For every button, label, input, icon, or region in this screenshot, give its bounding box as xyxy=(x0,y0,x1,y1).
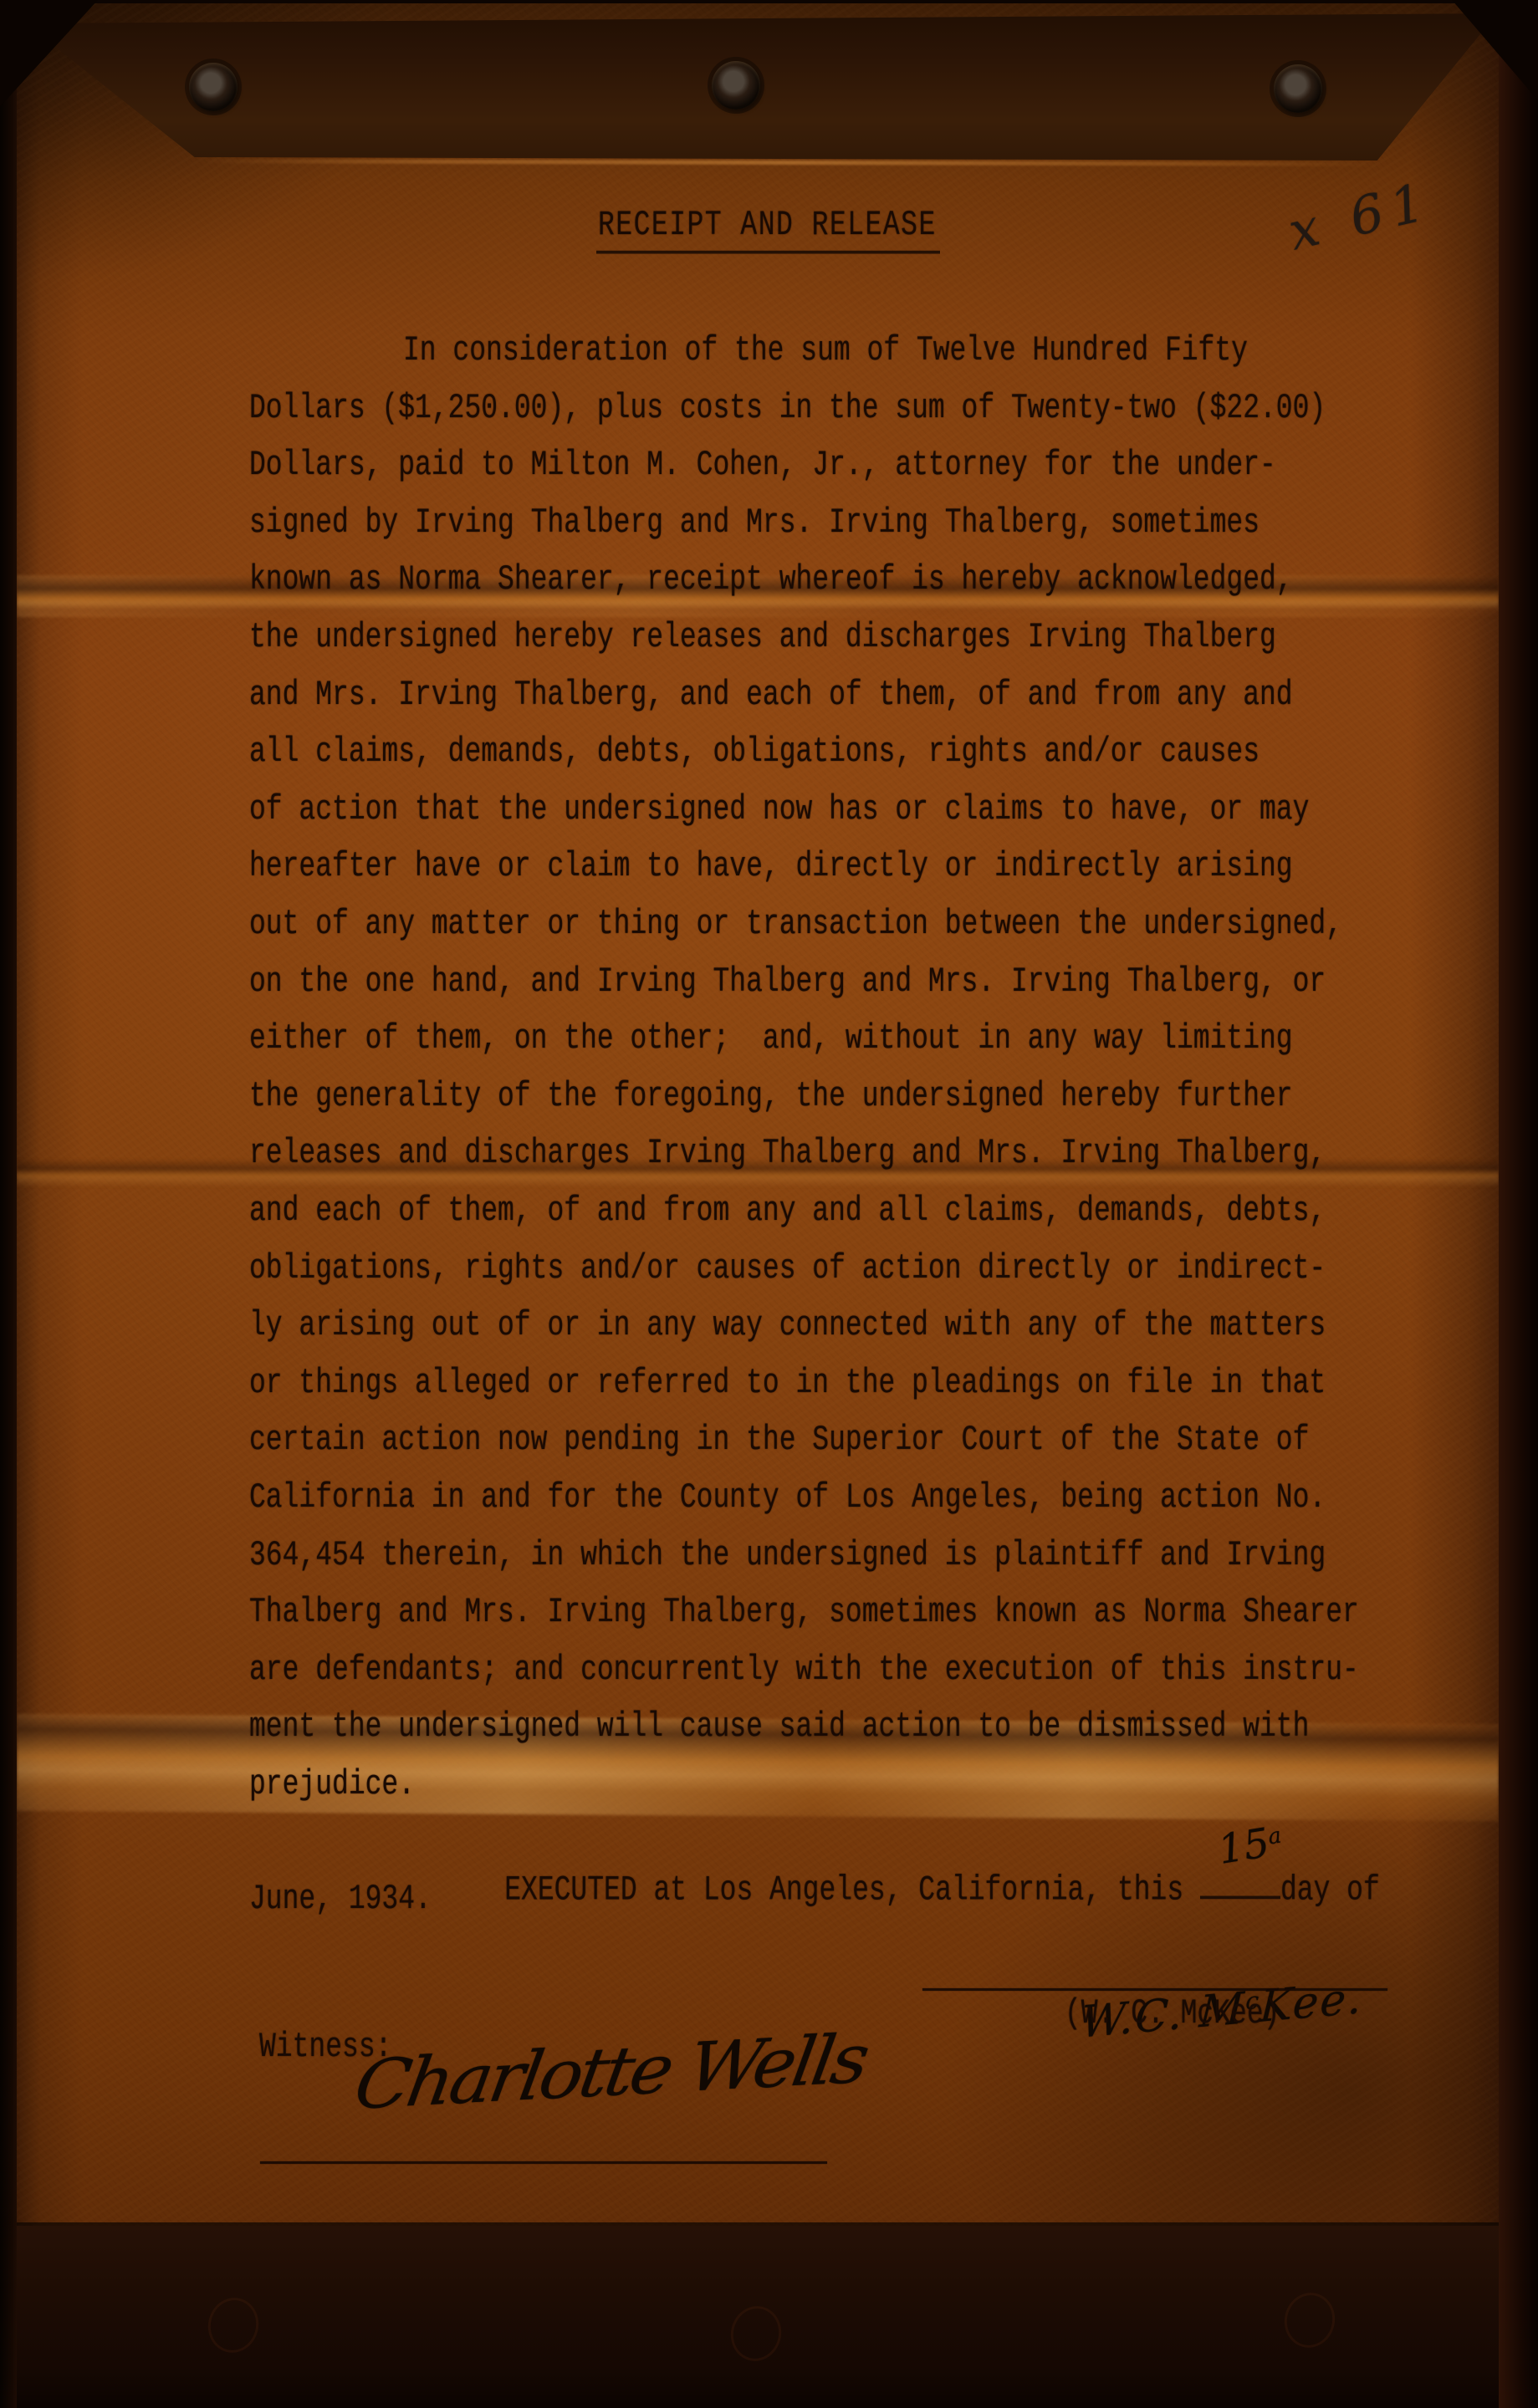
grommet-fastener-left xyxy=(189,63,238,111)
body-line: ment the undersigned will cause said act… xyxy=(249,1707,1309,1746)
scan-edge-left xyxy=(0,0,17,2408)
body-line: the undersigned hereby releases and disc… xyxy=(249,618,1276,656)
body-line: the generality of the foregoing, the und… xyxy=(249,1077,1293,1115)
executed-prefix: EXECUTED at Los Angeles, California, thi… xyxy=(504,1871,1200,1910)
body-line: In consideration of the sum of Twelve Hu… xyxy=(403,331,1248,370)
body-line: certain action now pending in the Superi… xyxy=(249,1421,1309,1459)
date-line: June, 1934. xyxy=(249,1880,432,1918)
body-line: signed by Irving Thalberg and Mrs. Irvin… xyxy=(249,503,1260,542)
body-line: on the one hand, and Irving Thalberg and… xyxy=(249,962,1326,1001)
signature-rule-mckee xyxy=(922,1988,1387,1991)
document-title: RECEIPT AND RELEASE xyxy=(596,206,940,254)
body-line: are defendants; and concurrently with th… xyxy=(249,1650,1359,1689)
body-line: either of them, on the other; and, witho… xyxy=(249,1019,1293,1058)
body-line: obligations, rights and/or causes of act… xyxy=(249,1249,1326,1288)
body-line: and Mrs. Irving Thalberg, and each of th… xyxy=(249,676,1293,714)
typed-name-mckee: (W. C. McKee) xyxy=(1065,1994,1280,2033)
body-line: Thalberg and Mrs. Irving Thalberg, somet… xyxy=(249,1593,1359,1631)
body-line: prejudice. xyxy=(249,1765,415,1803)
body-line: or things alleged or referred to in the … xyxy=(249,1364,1326,1402)
body-line: known as Norma Shearer, receipt whereof … xyxy=(249,560,1293,599)
grommet-fastener-right xyxy=(1274,64,1322,113)
body-line: of action that the undersigned now has o… xyxy=(249,790,1309,829)
body-line: Dollars, paid to Milton M. Cohen, Jr., a… xyxy=(249,446,1276,484)
body-line: and each of them, of and from any and al… xyxy=(249,1191,1326,1230)
body-line: Dollars ($1,250.00), plus costs in the s… xyxy=(249,389,1326,427)
body-line: ly arising out of or in any way connecte… xyxy=(249,1306,1326,1344)
body-line: California in and for the County of Los … xyxy=(249,1478,1326,1517)
body-line: out of any matter or thing or transactio… xyxy=(249,905,1342,943)
grommet-fastener-center xyxy=(712,61,760,110)
signature-rule-witness xyxy=(260,2161,827,2164)
handwritten-day: 15a xyxy=(1157,1771,1293,1927)
body-line: releases and discharges Irving Thalberg … xyxy=(249,1134,1326,1172)
scan-edge-right xyxy=(1499,0,1538,2408)
scanned-document: RECEIPT AND RELEASE x 61 In consideratio… xyxy=(0,0,1538,2408)
body-line: 364,454 therein, in which the undersigne… xyxy=(249,1536,1326,1574)
body-line: all claims, demands, debts, obligations,… xyxy=(249,732,1260,771)
body-line: hereafter have or claim to have, directl… xyxy=(249,847,1293,885)
executed-suffix: day of xyxy=(1280,1871,1380,1910)
